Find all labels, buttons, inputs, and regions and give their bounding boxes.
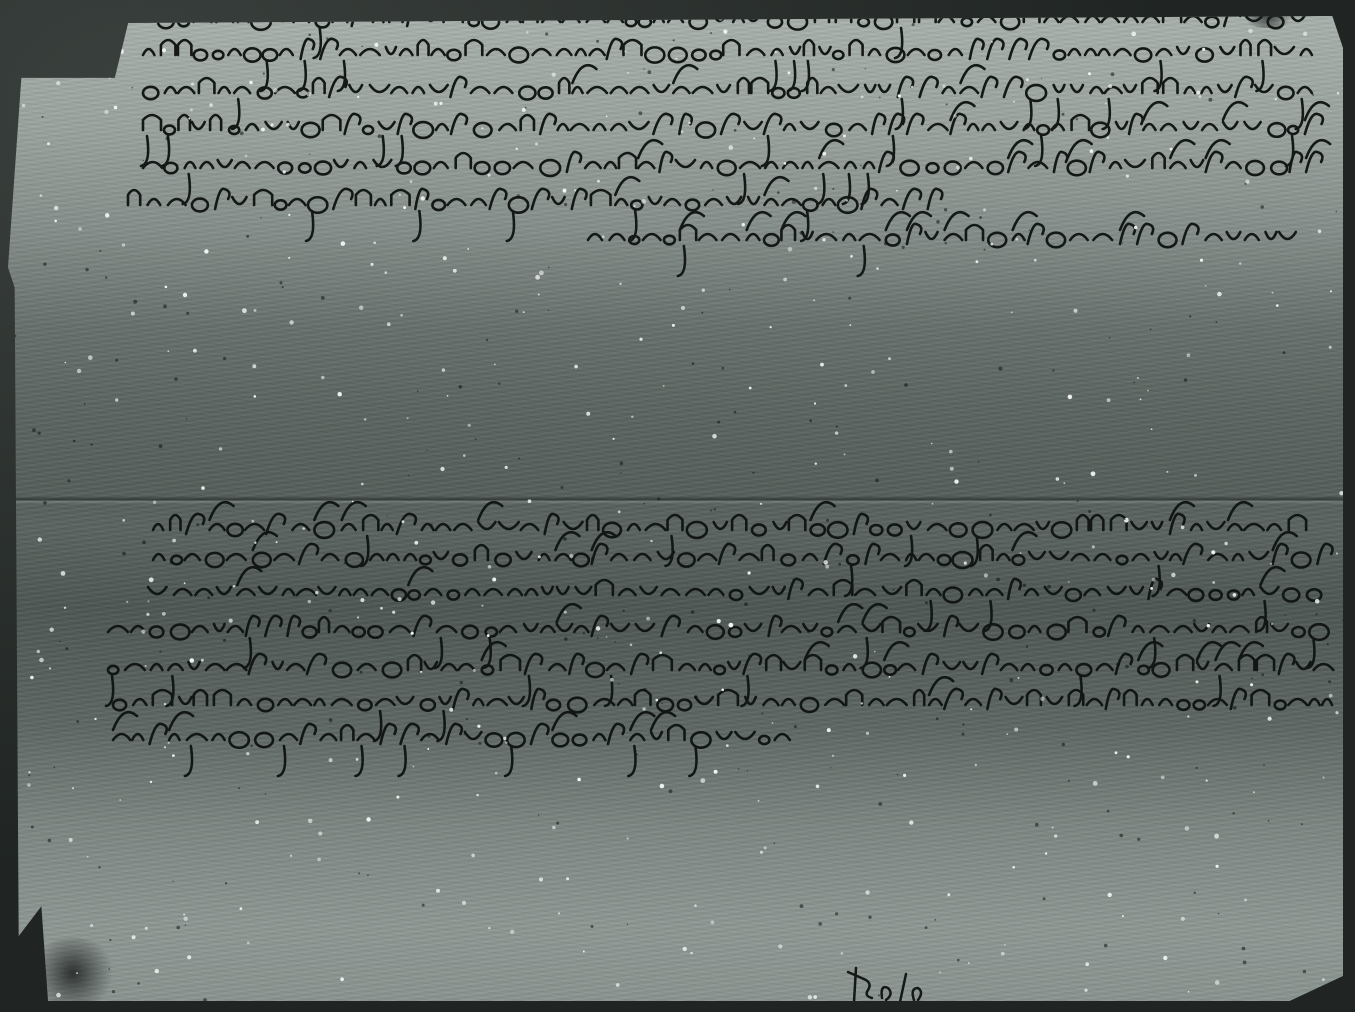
bottom-marginal-mark bbox=[844, 958, 954, 1006]
script-line bbox=[113, 712, 790, 776]
script-line bbox=[143, 39, 1312, 91]
lower-text-block bbox=[8, 498, 1343, 778]
script-line bbox=[143, 140, 1330, 204]
script-line bbox=[153, 532, 1333, 596]
script-line bbox=[588, 212, 1296, 276]
script-line bbox=[148, 567, 1321, 631]
script-line bbox=[128, 177, 942, 241]
script-line bbox=[106, 642, 1333, 706]
script-line bbox=[113, 677, 1332, 741]
upper-text-block bbox=[8, 8, 1343, 288]
script-line bbox=[141, 102, 1329, 166]
script-line bbox=[108, 604, 1329, 668]
manuscript-slate: handwritten manuscript photograph Upper … bbox=[8, 8, 1343, 1006]
